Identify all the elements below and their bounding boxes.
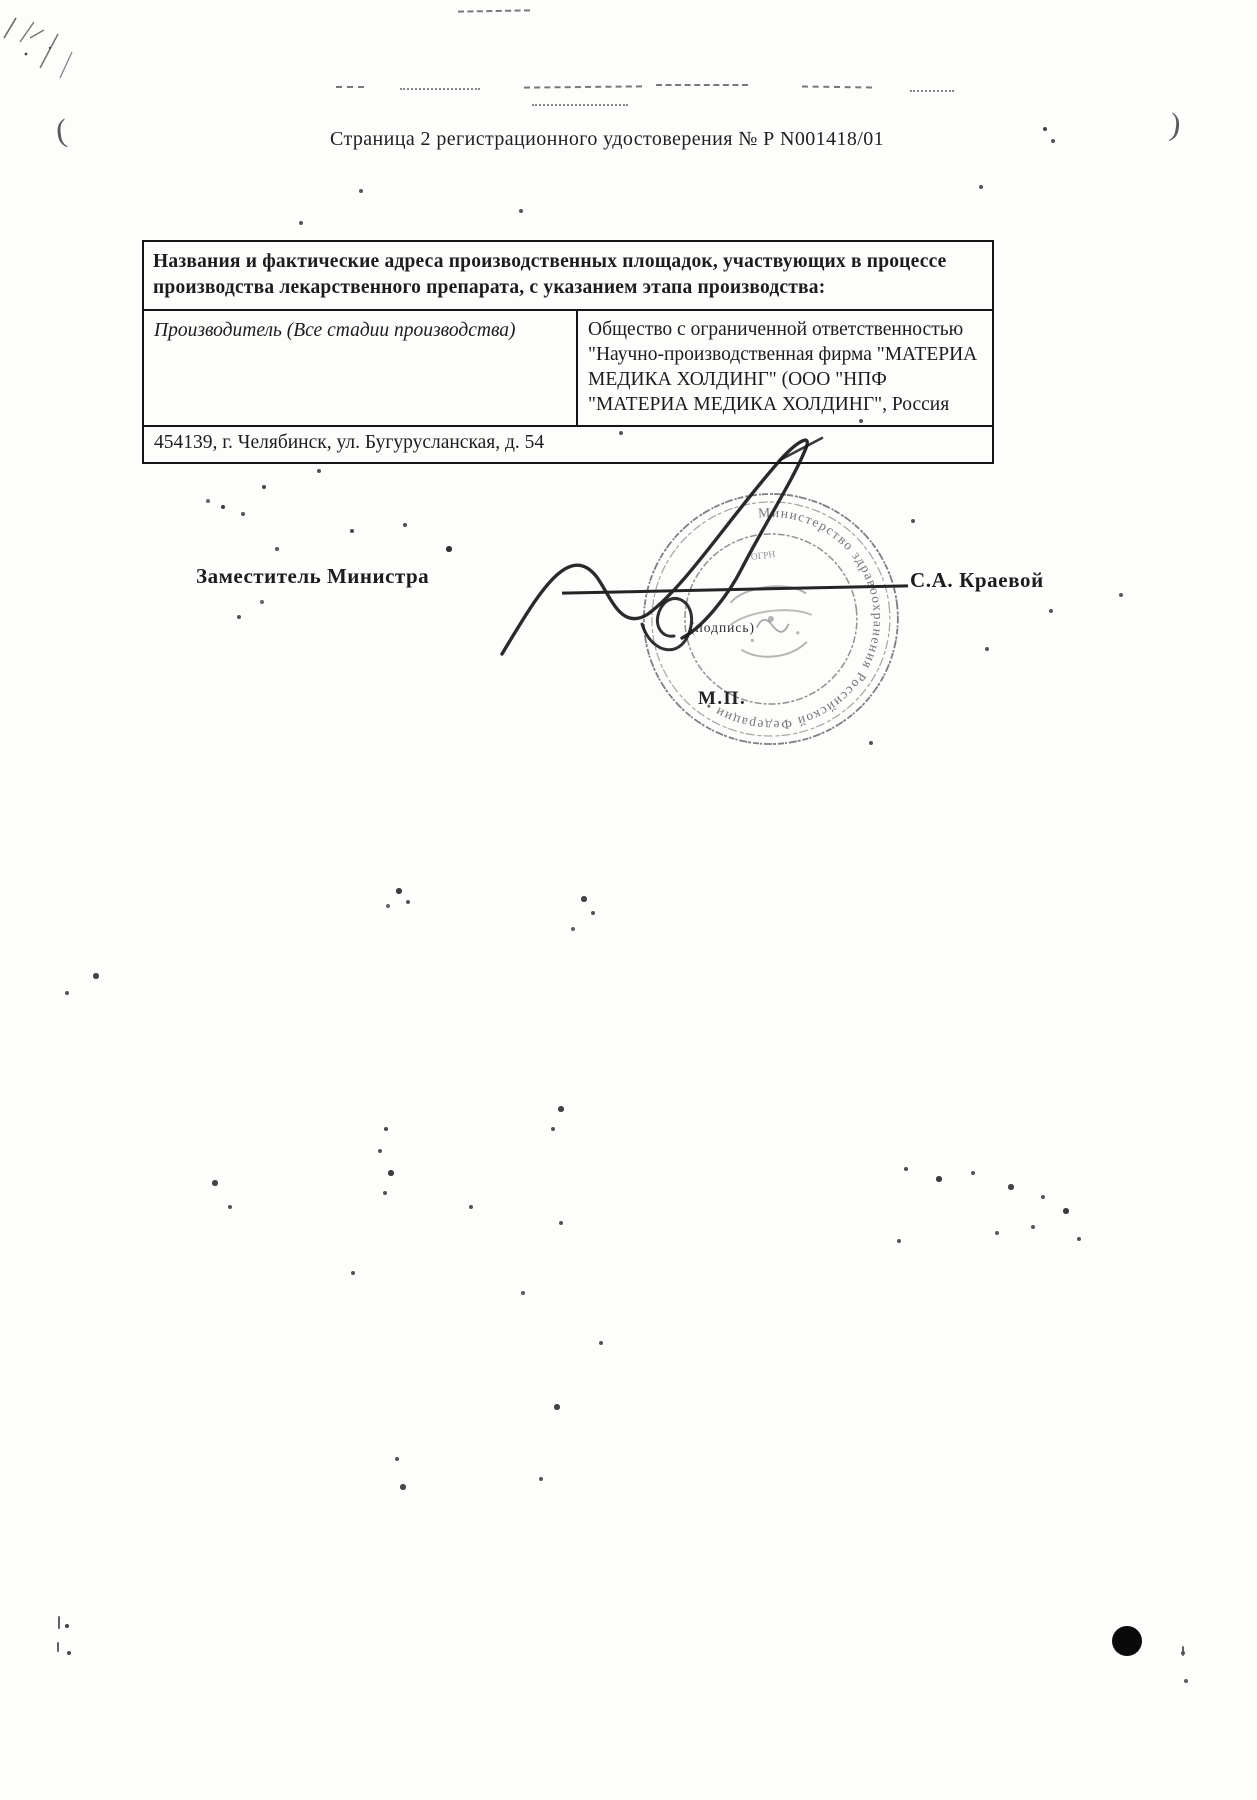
corner-scribble-artifact <box>0 8 95 98</box>
left-margin-tick-artifact <box>57 1642 59 1652</box>
scan-dash-artifact <box>656 84 748 86</box>
scan-dash-artifact <box>336 86 364 88</box>
seal-place-mark: М.П. <box>698 688 746 710</box>
table-header-cell: Названия и фактические адреса производст… <box>144 242 992 311</box>
signature-caption: (подпись) <box>690 620 755 636</box>
table-row: Производитель (Все стадии производства) … <box>144 311 992 427</box>
scan-dash-artifact <box>802 86 872 89</box>
left-margin-mark-artifact: ( <box>54 112 68 150</box>
scan-dash-artifact <box>458 9 530 12</box>
right-margin-mark-artifact: ) <box>1168 105 1183 143</box>
producer-role-cell: Производитель (Все стадии производства) <box>144 311 578 425</box>
scan-speckle-noise <box>0 0 2 2</box>
signer-name: С.А. Краевой <box>910 568 1044 593</box>
left-margin-tick-artifact <box>58 1616 60 1629</box>
scan-dash-artifact <box>524 85 642 88</box>
scan-dash-artifact <box>910 90 954 92</box>
handwritten-signature-ink <box>480 418 930 693</box>
minister-title: Заместитель Министра <box>196 564 429 589</box>
producer-company-cell: Общество с ограниченной ответственностью… <box>578 311 992 425</box>
scan-dash-artifact <box>532 104 628 106</box>
page-title: Страница 2 регистрационного удостоверени… <box>330 128 884 151</box>
scan-dash-artifact <box>400 88 480 90</box>
scanned-document-page: ( ) Страница 2 регистрационного удостове… <box>0 0 1257 1800</box>
hole-punch-dot-artifact <box>1112 1626 1142 1656</box>
right-margin-tick-artifact <box>1182 1646 1184 1656</box>
